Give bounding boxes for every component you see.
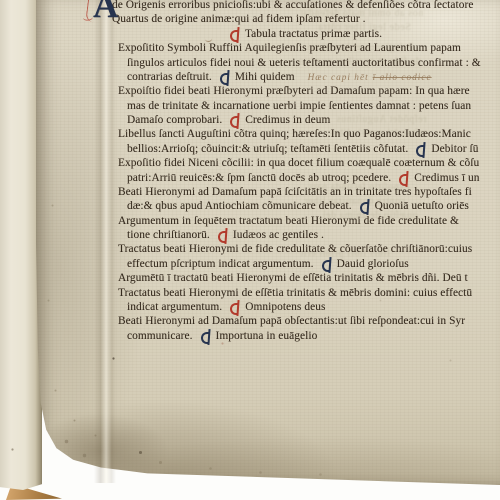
- text-line: Expoſitito Symboli Ruffini Aquilegienſis…: [112, 41, 500, 55]
- text-line: Argumētū ī tractatū beati Hieronymi de e…: [112, 271, 500, 285]
- printed-text: Dauid glorioſus: [337, 258, 409, 270]
- text-line: Damaſo comprobari.Credimus in deum: [112, 113, 500, 127]
- text-line: Tractatus beati Hieronymi de fide credul…: [112, 242, 500, 256]
- text-line: communicare.Importuna in euāgelio: [112, 329, 500, 343]
- text-line: Libellus ſancti Auguſtini cõtra quinq; h…: [112, 127, 500, 141]
- text-line: Expoiſtio fidei beati Hieronymi præſbyte…: [112, 84, 500, 98]
- printed-text: Credimus in deum: [245, 114, 330, 126]
- pilcrow-blue-icon: [322, 260, 331, 269]
- pilcrow-red-icon: [218, 231, 227, 240]
- printed-text: Expoſitio fidei Niceni cõcilii: in qua d…: [118, 157, 479, 169]
- text-line: bellios:Arrioſq; cõuincit:& utriuſq; teſ…: [112, 142, 500, 156]
- printed-text: dæ:& qbus apud Antiochiam cõmunicare deb…: [127, 200, 352, 212]
- printed-text: Tractatus beati Hieronymi de fide credul…: [118, 243, 472, 255]
- printed-text: communicare.: [127, 330, 193, 342]
- printed-text: Argumentum in ſequētem tractatum beati H…: [118, 215, 459, 227]
- printed-text: Expoſitito Symboli Ruffini Aquilegienſis…: [118, 42, 461, 54]
- printed-text: ſingulos articulos fidei noui & ueteris …: [127, 57, 481, 69]
- text-line: Beati Hieronymi ad Damaſum papā obſectan…: [112, 314, 500, 328]
- printed-text: Tractatus beati Hieronymi de eſſētia tri…: [118, 287, 472, 299]
- text-line: patri:Arriū reuicēs:& ſpm ſanctū docēs a…: [112, 171, 500, 185]
- illuminated-initial: A: [93, 0, 118, 23]
- paper-specks: [0, 0, 1, 1]
- printed-text: Debitor ſū: [431, 143, 478, 155]
- printed-text: Beati Hieronymi ad Damaſum papā obſectan…: [118, 315, 465, 327]
- text-line: Beati Hieronymi ad Damaſum papā ſciſcitā…: [112, 185, 500, 199]
- printed-text: Omnipotens deus: [245, 301, 325, 313]
- printed-text: Tabula tractatus primæ partis.: [245, 28, 382, 40]
- printed-text: indicat argumentum.: [127, 301, 222, 313]
- printed-text: bellios:Arrioſq; cõuincit:& utriuſq; teſ…: [127, 143, 408, 155]
- pilcrow-red-icon: [230, 116, 239, 125]
- pilcrow-red-icon: [230, 30, 239, 39]
- text-line: indicat argumentum.Omnipotens deus: [112, 300, 500, 314]
- text-line: Tractatus beati Hieronymi de eſſētia tri…: [112, 286, 500, 300]
- printed-text: patri:Arriū reuicēs:& ſpm ſanctū docēs a…: [127, 172, 391, 184]
- printed-text: Importuna in euāgelio: [216, 330, 318, 342]
- text-line: Expoſitio fidei Niceni cõcilii: in qua d…: [112, 156, 500, 170]
- text-line: mas de trinitate & incarnatione uerbi im…: [112, 99, 500, 113]
- printed-text: tione chriſtianorū.: [127, 229, 210, 241]
- underlying-page-edge: [0, 0, 42, 492]
- printed-text: Libellus ſancti Auguſtini cõtra quinq; h…: [118, 128, 471, 140]
- text-line: de Origenis erroribus pnicioſis:ubi & ac…: [112, 0, 500, 12]
- pilcrow-blue-icon: [360, 202, 369, 211]
- book-photo: nos ab omni malo defendatSede legi liber…: [0, 0, 500, 500]
- printed-text: Mihi quidem: [235, 71, 295, 83]
- text-line: Tabula tractatus primæ partis.: [112, 27, 500, 41]
- printed-text: Quartus de origine animæ:qui ad fidem ip…: [112, 13, 366, 25]
- printed-text: mas de trinitate & incarnatione uerbi im…: [127, 100, 471, 112]
- printed-text: Damaſo comprobari.: [127, 114, 222, 126]
- pilcrow-blue-icon: [416, 145, 425, 154]
- text-line: Quartus de origine animæ:qui ad fidem ip…: [112, 12, 500, 26]
- printed-text: Quoniā uetuſto oriēs: [375, 200, 469, 212]
- text-line: ſingulos articulos fidei noui & ueteris …: [112, 56, 500, 70]
- text-line: tione chriſtianorū.Iudæos ac gentiles .: [112, 228, 500, 242]
- text-line: contrarias deſtruit.Mihi quidemHæc capi …: [112, 70, 500, 84]
- printed-text: Beati Hieronymi ad Damaſum papā ſciſcitā…: [118, 186, 472, 198]
- pilcrow-blue-icon: [220, 73, 229, 82]
- text-line: effectum pſcriptum indicat argumentum.Da…: [112, 257, 500, 271]
- printed-text: contrarias deſtruit.: [127, 71, 212, 83]
- handwritten-note: Hæc capi hēt: [308, 73, 369, 83]
- text-block: de Origenis erroribus pnicioſis:ubi & ac…: [112, 0, 500, 358]
- printed-text: Expoiſtio fidei beati Hieronymi præſbyte…: [118, 85, 470, 97]
- pilcrow-blue-icon: [201, 332, 210, 341]
- printed-text: Iudæos ac gentiles .: [233, 229, 324, 241]
- text-line: dæ:& qbus apud Antiochiam cõmunicare deb…: [112, 199, 500, 213]
- printed-text: Credimus ī un: [414, 172, 479, 184]
- printed-text: Argumētū ī tractatū beati Hieronymi de e…: [118, 272, 468, 284]
- handwritten-note: ī alio codice: [373, 73, 432, 83]
- printed-text: de Origenis erroribus pnicioſis:ubi & ac…: [112, 0, 473, 11]
- text-line: Argumentum in ſequētem tractatum beati H…: [112, 214, 500, 228]
- pilcrow-red-icon: [230, 303, 239, 312]
- pilcrow-red-icon: [399, 174, 408, 183]
- printed-text: effectum pſcriptum indicat argumentum.: [127, 258, 314, 270]
